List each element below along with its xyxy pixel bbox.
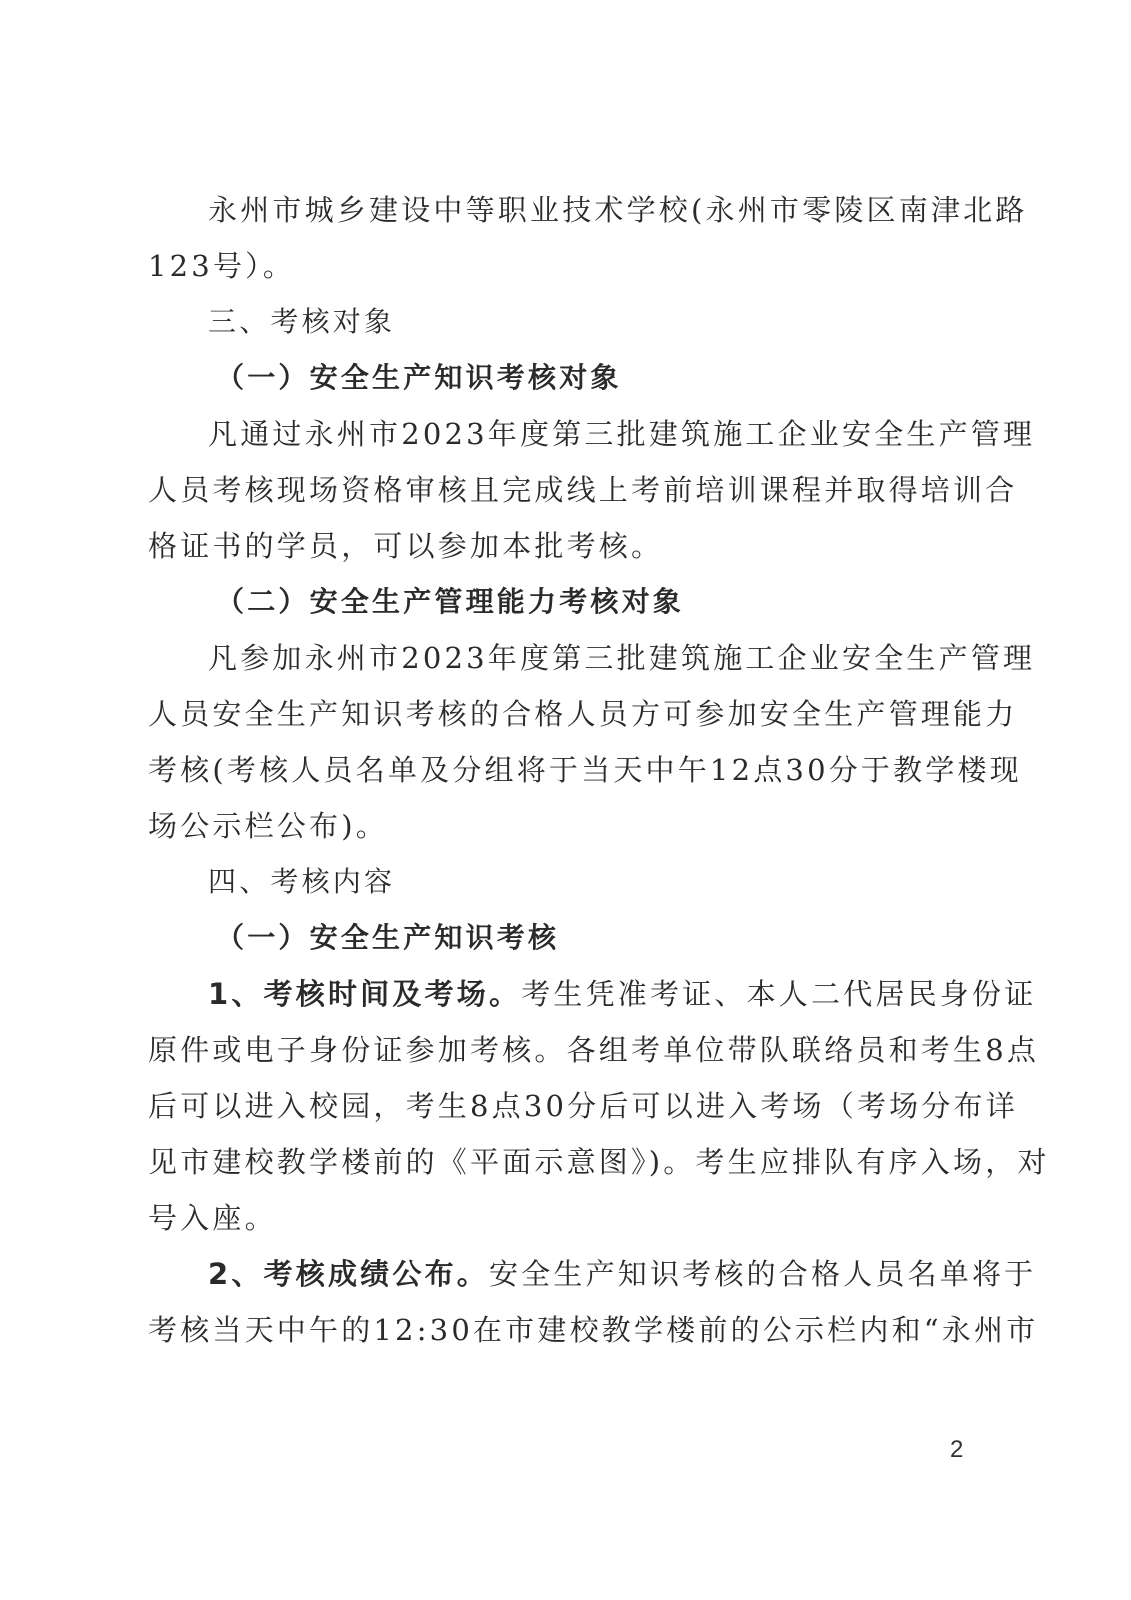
document-body: 永州市城乡建设中等职业技术学校(永州市零陵区南津北路 123号）。 三、考核对象…: [148, 182, 970, 1358]
item-text: 考生凭准考证、本人二代居民身份证: [521, 977, 1036, 1011]
item-title: 2、考核成绩公布。: [208, 1257, 489, 1291]
paragraph-line: 场公示栏公布)。: [148, 798, 970, 854]
paragraph-line: 格证书的学员，可以参加本批考核。: [148, 518, 970, 574]
subsection-heading: （一）安全生产知识考核: [148, 910, 970, 966]
paragraph-line: 永州市城乡建设中等职业技术学校(永州市零陵区南津北路: [148, 182, 970, 238]
subsection-heading: （二）安全生产管理能力考核对象: [148, 574, 970, 630]
paragraph-line: 见市建校教学楼前的《平面示意图》)。考生应排队有序入场，对: [148, 1134, 970, 1190]
section-heading: 四、考核内容: [148, 854, 970, 910]
paragraph-line: 人员考核现场资格审核且完成线上考前培训课程并取得培训合: [148, 462, 970, 518]
paragraph-line: 原件或电子身份证参加考核。各组考单位带队联络员和考生8点: [148, 1022, 970, 1078]
paragraph-line: 123号）。: [148, 238, 970, 294]
subsection-heading: （一）安全生产知识考核对象: [148, 350, 970, 406]
section-heading: 三、考核对象: [148, 294, 970, 350]
paragraph-line: 考核当天中午的12:30在市建校教学楼前的公示栏内和“永州市: [148, 1302, 970, 1358]
item-title: 1、考核时间及考场。: [208, 977, 521, 1011]
paragraph-line: 凡参加永州市2023年度第三批建筑施工企业安全生产管理: [148, 630, 970, 686]
paragraph-line: 1、考核时间及考场。考生凭准考证、本人二代居民身份证: [148, 966, 970, 1022]
item-text: 安全生产知识考核的合格人员名单将于: [489, 1257, 1036, 1291]
paragraph-line: 考核(考核人员名单及分组将于当天中午12点30分于教学楼现: [148, 742, 970, 798]
paragraph-line: 后可以进入校园，考生8点30分后可以进入考场（考场分布详: [148, 1078, 970, 1134]
page-number: 2: [950, 1436, 963, 1464]
paragraph-line: 号入座。: [148, 1190, 970, 1246]
paragraph-line: 人员安全生产知识考核的合格人员方可参加安全生产管理能力: [148, 686, 970, 742]
paragraph-line: 2、考核成绩公布。安全生产知识考核的合格人员名单将于: [148, 1246, 970, 1302]
paragraph-line: 凡通过永州市2023年度第三批建筑施工企业安全生产管理: [148, 406, 970, 462]
